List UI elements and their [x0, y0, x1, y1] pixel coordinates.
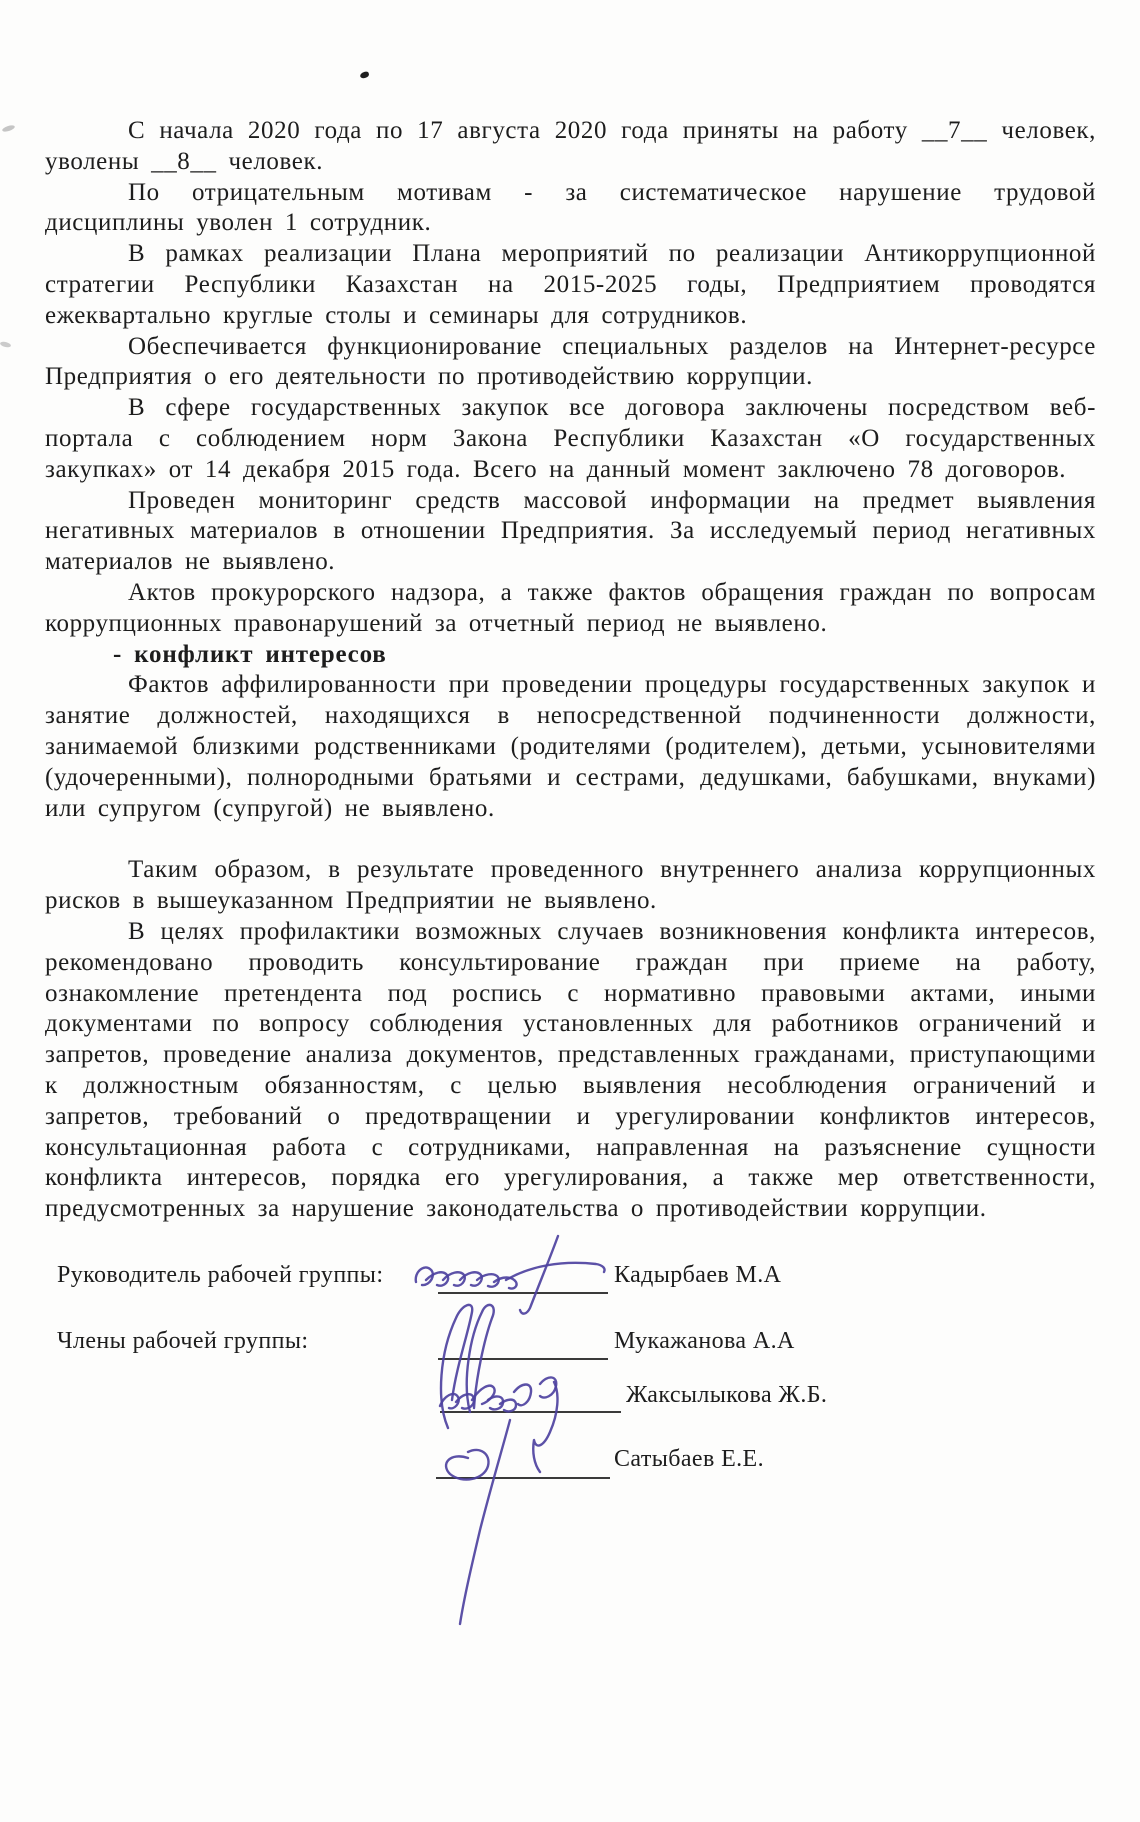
signatory-name-kadyrbayev: Кадырбаев М.А: [614, 1262, 781, 1289]
paragraph-hired-fired: С начала 2020 года по 17 августа 2020 го…: [45, 116, 1096, 178]
paragraph-recommendations: В целях профилактики возможных случаев в…: [45, 917, 1096, 1225]
paragraph-prosecutor-acts: Актов прокурорского надзора, а также фак…: [45, 578, 1096, 640]
members-label: Члены рабочей группы:: [57, 1328, 308, 1355]
scanned-page: С начала 2020 года по 17 августа 2020 го…: [0, 0, 1140, 1822]
margin-artifact: [2, 124, 16, 133]
scan-speck: [359, 71, 369, 79]
paragraph-conclusion: Таким образом, в результате проведенного…: [45, 855, 1096, 917]
signature-satybayev: [430, 1416, 542, 1634]
heading-conflict-of-interest: - конфликт интересов: [45, 640, 1096, 671]
paragraph-internet-resource: Обеспечивается функционирование специаль…: [45, 332, 1096, 394]
leader-label: Руководитель рабочей группы:: [57, 1262, 383, 1289]
signatory-name-zhaksylykova: Жаксылыкова Ж.Б.: [626, 1382, 827, 1409]
signatory-name-mukazhanova: Мукажанова А.А: [614, 1328, 795, 1355]
paragraph-media-monitoring: Проведен мониторинг средств массовой инф…: [45, 486, 1096, 578]
document-body: С начала 2020 года по 17 августа 2020 го…: [45, 116, 1096, 1225]
signatory-name-satybayev: Сатыбаев Е.Е.: [614, 1446, 764, 1473]
margin-artifact: [0, 341, 11, 349]
paragraph-gap: [45, 824, 1096, 855]
paragraph-affiliation-facts: Фактов аффилированности при проведении п…: [45, 670, 1096, 824]
paragraph-negative-motives: По отрицательным мотивам - за систематич…: [45, 178, 1096, 240]
paragraph-procurement: В сфере государственных закупок все дого…: [45, 393, 1096, 485]
paragraph-anticorruption-plan: В рамках реализации Плана мероприятий по…: [45, 239, 1096, 331]
